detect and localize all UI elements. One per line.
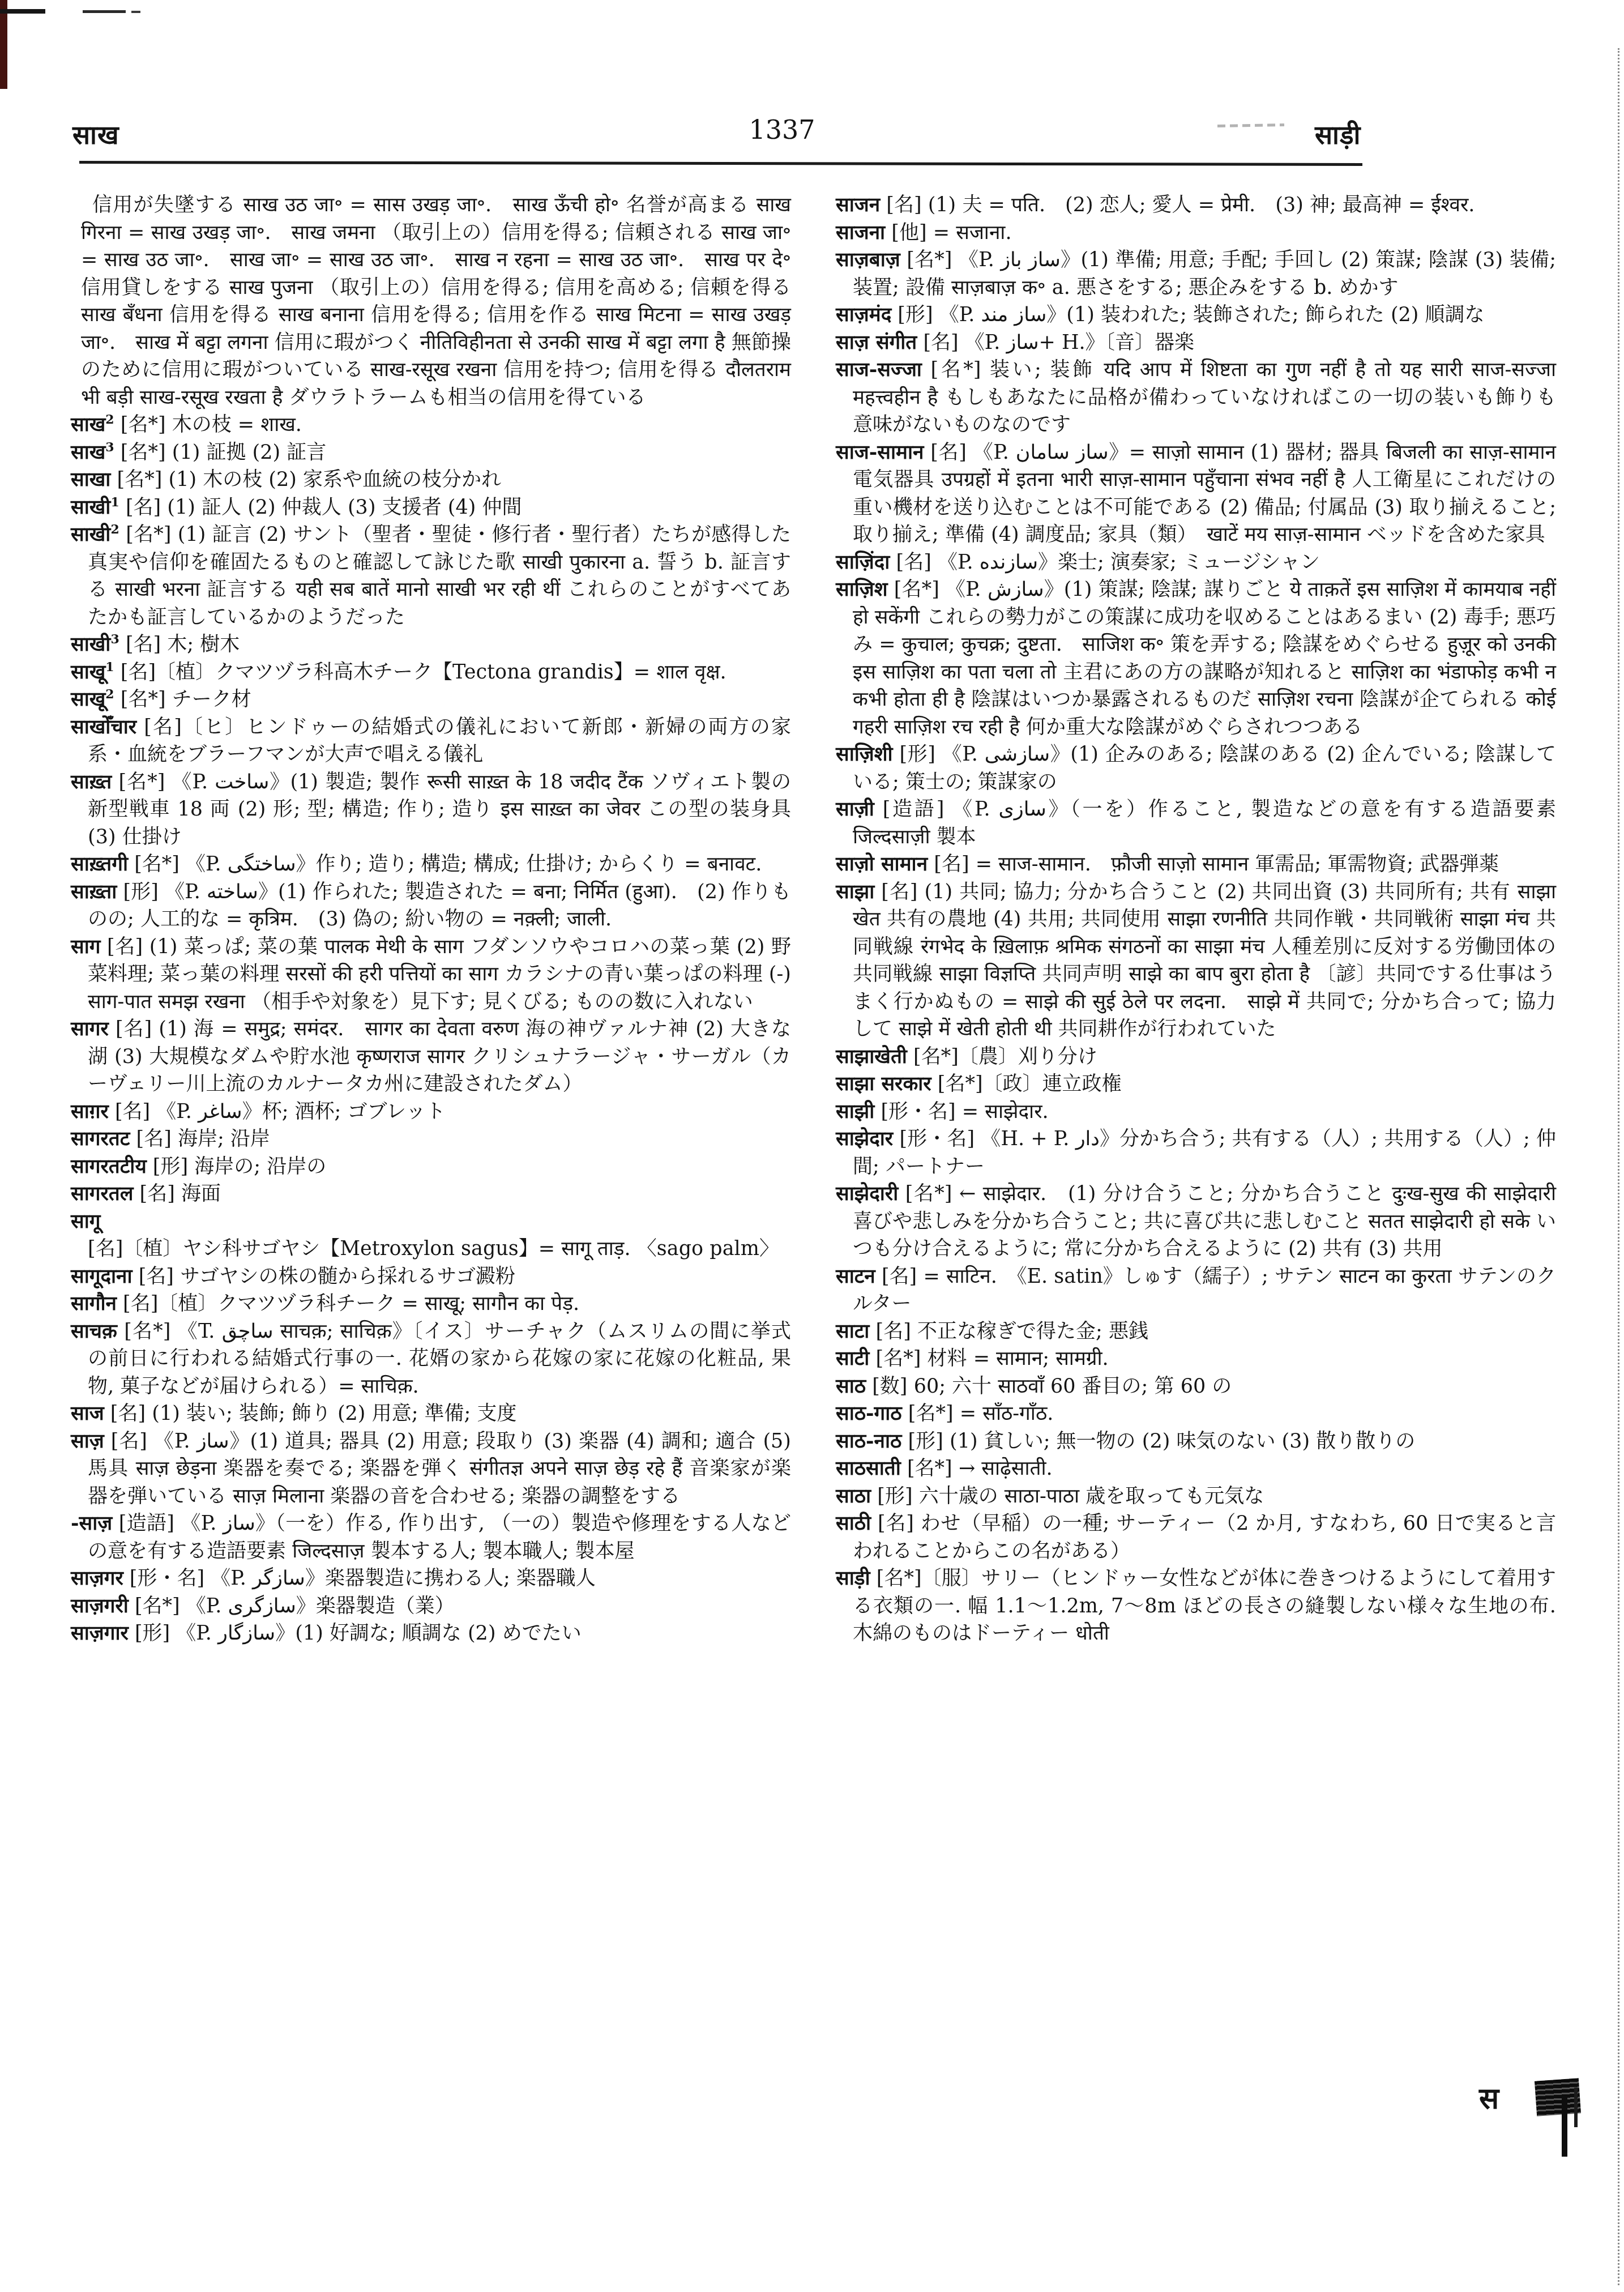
entry-body: [名*] 《P. ساختگی》作り; 造り; 構造; 構成; 仕掛け; からく… [134,853,762,876]
headword: साझाखेती [836,1045,907,1068]
headword-homonym-number: 2 [110,522,119,537]
ink-smudge-drip2 [1574,2088,1578,2127]
dictionary-entry: साझी [形・名] = साझेदार. [836,1098,1556,1126]
dictionary-entry: साठा [形] 六十歳の साठा-पाठा 歳を取っても元気な [836,1483,1556,1510]
entry-body: [名*] (1) 証言 (2) サント（聖者・聖徒・修行者・聖行者）たちが感得し… [88,523,791,629]
headword: साझेदार [836,1127,893,1150]
entry-body: [名*]〔政〕連立政権 [938,1073,1122,1095]
headword: साखू [71,660,105,684]
dictionary-entry: साज़गार [形] 《P. سازگار》(1) 好調な; 順調な (2) … [71,1620,791,1647]
header-rule [79,161,1362,166]
headword: साज़ [71,1429,104,1453]
headword: साज़िश [836,578,888,601]
entry-body: [名*] 《P. ساخت》(1) 製造; 製作 रूसी साख़्त के … [88,771,791,848]
headword: साठसाती [836,1457,901,1480]
dictionary-entry: साड़ी [名*]〔服〕サリー（ヒンドゥー女性などが体に巻きつけるようにして着… [836,1565,1556,1647]
headword-homonym-number: 1 [105,660,114,675]
entry-body: [名]〔植〕クマツヅラ科高木チーク【Tectona grandis】= शाल … [121,661,726,684]
dictionary-entry: साज़गर [形・名] 《P. سازگر》楽器製造に携わる人; 楽器職人 [71,1565,791,1593]
headword: साझेदारी [836,1182,898,1205]
scan-artifact-line [0,9,45,14]
entry-body: [数] 60; 六十 साठवाँ 60 番目の; 第 60 の [872,1375,1232,1398]
headword: साग़र [71,1100,109,1123]
headword: साखा [71,468,110,491]
entry-body: [名*] 木の枝 = शाख. [121,413,302,436]
dictionary-entry: साठ-नाठ [形] (1) 貧しい; 無一物の (2) 味気のない (3) … [836,1428,1556,1456]
headword: साठ-नाठ [836,1429,901,1453]
dictionary-entry: साख3 [名*] (1) 証拠 (2) 証言 [71,439,791,467]
entry-body: [形] 《P. ساخته》(1) 作られた; 製造された = बना; निर… [88,881,791,931]
headword: साझी [836,1100,874,1123]
headword: साज़बाज़ [836,248,900,271]
headword: साज़ो सामान [836,852,928,876]
dictionary-entry: साग़र [名] 《P. ساغر》杯; 酒杯; ゴブレット [71,1098,791,1126]
dictionary-entry: साज-सामान [名] 《P. ساز سامان》= साज़ो सामा… [836,439,1556,549]
headword: साख़्ता [71,880,117,903]
headword: सागौन [71,1292,117,1315]
dictionary-entry: साग [名] (1) 菜っぱ; 菜の葉 पालक मेथी के साग フダ… [71,933,791,1016]
headword: साज़गार [71,1621,129,1645]
dictionary-entry: साख़्तगी [名*] 《P. ساختگی》作り; 造り; 構造; 構成;… [71,851,791,878]
dictionary-entry: साठी [名] わせ（早稲）の一種; サーティー（2 か月, すなわち, 60… [836,1510,1556,1565]
headword: सागरतटीय [71,1155,147,1178]
dictionary-entry: सागर [名] (1) 海 = समुद्र; समंदर. सागर का … [71,1015,791,1098]
guide-word-right: साड़ी [1315,117,1361,152]
entry-body: [名*] 《T. ساچق साचक़; साचिक़》〔イス〕サーチャク（ムス… [88,1320,791,1398]
dictionary-entry: साख़्ता [形] 《P. ساخته》(1) 作られた; 製造された = … [71,878,791,933]
dictionary-entry: साजना [他] = सजाना. [836,219,1556,247]
headword: साचक़ [71,1320,117,1343]
entry-body: [名] (1) 証人 (2) 仲裁人 (3) 支援者 (4) 仲間 [126,496,522,519]
dictionary-entry: साझा [名] (1) 共同; 協力; 分かち合うこと (2) 共同出資 (3… [836,878,1556,1043]
entry-body: [名] 《P. ساز+ H.》〔音〕器楽 [923,331,1194,354]
headword: साज़ी [836,797,874,821]
headword: साख [71,413,105,436]
headword: साजना [836,221,885,244]
left-column: 信用が失墜する साख उठ जा॰ = सास उखड़ जा॰. साख ऊ… [71,191,791,1647]
entry-body: [名*]〔服〕サリー（ヒンドゥー女性などが体に巻きつけるようにして着用する衣類の… [853,1567,1556,1645]
entry-body: [名] = साटिन. 《E. satin》しゅす（繻子）; サテン साटन… [853,1265,1556,1316]
headword: साझा [836,880,874,903]
dictionary-entry: साठ [数] 60; 六十 साठवाँ 60 番目の; 第 60 の [836,1373,1556,1401]
headword: साज़गर [71,1567,123,1590]
page-number: 1337 [745,114,819,145]
headword: साखी [71,633,110,656]
dictionary-entry: सागूदाना [名] サゴヤシの株の髄から採れるサゴ澱粉 [71,1263,791,1291]
entry-body: [名] = साज-सामान. फ़ौजी साज़ो सामान 軍需品; … [934,853,1499,876]
dictionary-entry: साज-सज्जा [名*] 装い; 装飾 यदि आप में शिष्टता… [836,356,1556,439]
dictionary-entry: साज़ [名] 《P. ساز》(1) 道具; 器具 (2) 用意; 段取り … [71,1428,791,1510]
dictionary-entry: साज़मंद [形] 《P. ساز مند》(1) 装われた; 装飾された;… [836,301,1556,329]
dictionary-entry: साझेदारी [名*] ← साझेदार. (1) 分け合うこと; 分かち… [836,1180,1556,1263]
dictionary-entry: सागौन [名]〔植〕クマツヅラ科チーク = साखू; सागौन का प… [71,1290,791,1318]
dictionary-entry: साज [名] (1) 装い; 装飾; 飾り (2) 用意; 準備; 支度 [71,1400,791,1428]
dictionary-entry: साझेदार [形・名] 《H. + P. دار》分かち合う; 共有する（人… [836,1125,1556,1180]
entry-body: [造語] 《P. ساز》（一を）作る, 作り出す, （一の）製造や修理をする人… [88,1512,791,1563]
dictionary-entry: साझाखेती [名*]〔農〕刈り分け [836,1043,1556,1071]
ink-smudge-drip [1562,2095,1567,2157]
dictionary-entry: सागरतट [名] 海岸; 沿岸 [71,1125,791,1153]
entry-body: [形] 六十歳の साठा-पाठा 歳を取っても元気な [877,1485,1264,1508]
headword: साज़िंदा [836,550,890,574]
entry-body: [名*] 《P. سازگری》楽器製造（業） [135,1595,455,1617]
entry-body: [名] 《P. ساز》(1) 道具; 器具 (2) 用意; 段取り (3) 楽… [88,1430,791,1508]
headword-homonym-number: 2 [105,687,114,702]
entry-body: [名] 海面 [140,1183,221,1205]
headword: साग [71,935,100,958]
headword: साटा [836,1320,869,1343]
entry-body: [名] (1) 共同; 協力; 分かち合うこと (2) 共同出資 (3) 共同所… [853,881,1556,1041]
headword: साटन [836,1265,875,1288]
scan-artifact-dot [131,11,140,13]
entry-body: [名]〔植〕ヤシ科サゴヤシ【Metroxylon sagus】= सागू ता… [88,1237,779,1260]
headword: साठा [836,1484,871,1508]
dictionary-entry: साखा [名*] (1) 木の枝 (2) 家系や血統の枝分かれ [71,466,791,494]
entry-body: [名*]〔農〕刈り分け [913,1045,1097,1068]
headword: सागू [71,1210,100,1233]
entry-body: 信用が失墜する साख उठ जा॰ = सास उखड़ जा॰. साख ऊ… [81,194,791,409]
entry-body: [名] 不正な稼ぎで得た金; 悪銭 [876,1320,1148,1343]
entry-body: [名]〔ヒ〕ヒンドゥーの結婚式の儀礼において新郎・新婦の両方の家系・血統をブラー… [88,716,791,766]
entry-body: [名*] ← साझेदार. (1) 分け合うこと; 分かち合うこと दुःख… [853,1183,1556,1260]
entry-body: [名*] (1) 証拠 (2) 証言 [121,441,326,464]
entry-body: [名] (1) 夫 = पति. (2) 恋人; 愛人 = प्रेमी. (3… [886,194,1475,216]
entry-body: [名] わせ（早稲）の一種; サーティー（2 か月, すなわち, 60 日で実る… [853,1512,1556,1563]
entry-body: [名*] 装い; 装飾 यदि आप में शिष्टता का गुण नह… [853,358,1556,436]
entry-body: [形・名] 《P. سازگر》楽器製造に携わる人; 楽器職人 [130,1567,596,1590]
dictionary-entry: साटी [名*] 材料 = सामान; सामग्री. [836,1345,1556,1373]
headword: साज-सज्जा [836,358,922,381]
entry-body: [名*] = साँठ-गाँठ. [908,1402,1054,1425]
dictionary-entry: सागरतल [名] 海面 [71,1180,791,1208]
dictionary-entry: साटा [名] 不正な稼ぎで得た金; 悪銭 [836,1318,1556,1346]
entry-body: [名*] 《P. سازش》(1) 策謀; 陰謀; 謀りごと ये ताक़ते… [853,578,1556,739]
entry-body: [名] 《P. ساز سامان》= साज़ो सामान (1) 器材; … [853,441,1556,547]
dictionary-entry: साज़ संगीत [名] 《P. ساز+ H.》〔音〕器楽 [836,329,1556,357]
dictionary-entry: साखी3 [名] 木; 樹木 [71,631,791,659]
headword: साखोँचार [71,715,136,739]
headword-homonym-number: 3 [105,440,114,455]
dictionary-entry: साजन [名] (1) 夫 = पति. (2) 恋人; 愛人 = प्रेम… [836,191,1556,219]
entry-body: [名*] 材料 = सामान; सामग्री. [876,1347,1109,1370]
headword: साज़मंद [836,303,891,326]
dictionary-entry: साटन [名] = साटिन. 《E. satin》しゅす（繻子）; サテン… [836,1263,1556,1318]
dictionary-entry: साखू2 [名*] チーク材 [71,686,791,714]
entry-body: [造語] 《P. سازی》（一を）作ること, 製造などの意を有する造語要素 ज… [853,798,1556,848]
entry-body: [形] 《P. سازگار》(1) 好調な; 順調な (2) めでたい [135,1622,582,1645]
headword-homonym-number: 1 [110,495,119,510]
headword: सागूदाना [71,1265,133,1288]
headword: साठ-गाठ [836,1402,902,1425]
entry-body: [形] 海岸の; 沿岸の [153,1155,326,1178]
headword: -साज़ [71,1512,112,1535]
dictionary-entry: साझा सरकार [名*]〔政〕連立政権 [836,1070,1556,1098]
dictionary-entry: साज़गरी [名*] 《P. سازگری》楽器製造（業） [71,1593,791,1620]
entry-body: [形・名] 《H. + P. دار》分かち合う; 共有する（人）; 共用する（… [853,1128,1556,1178]
dictionary-entry: साज़िंदा [名] 《P. سازنده》楽士; 演奏家; ミュージシャン [836,549,1556,577]
entry-body: [名] 海岸; 沿岸 [136,1128,270,1150]
thumb-index-letter: स [1479,2077,1499,2118]
entry-body: [他] = सजाना. [891,221,1011,244]
guide-word-left: साख [72,117,119,152]
headword: साख़्तगी [71,852,128,876]
dictionary-entry: साज़िश [名*] 《P. سازش》(1) 策謀; 陰謀; 謀りごと ये… [836,576,1556,741]
headword: सागरतल [71,1182,133,1205]
headword: साज [71,1402,104,1425]
headword: साखू [71,688,105,711]
headword: साज-सामान [836,441,924,464]
headword: सागर [71,1017,109,1040]
dictionary-page: साख 1337 साड़ी 信用が失墜する साख उठ जा॰ = सास … [0,0,1624,2292]
dictionary-entry: साज़ो सामान [名] = साज-सामान. फ़ौजी साज़ो… [836,851,1556,878]
entry-body: [名] (1) 装い; 装飾; 飾り (2) 用意; 準備; 支度 [110,1402,517,1425]
entry-body: [名] (1) 海 = समुद्र; समंदर. सागर का देवता… [88,1018,791,1095]
entry-body: [名] (1) 菜っぱ; 菜の葉 पालक मेथी के साग フダンソウや… [88,936,791,1013]
entry-body: [形] (1) 貧しい; 無一物の (2) 味気のない (3) 散り散りの [908,1430,1416,1453]
headword: साज़िशी [836,742,893,766]
dictionary-entry: साज़बाज़ [名*] 《P. ساز باز》(1) 準備; 用意; 手配… [836,246,1556,301]
dictionary-entry: साज़ी [造語] 《P. سازی》（一を）作ること, 製造などの意を有する… [836,796,1556,851]
entry-body: [形] 《P. سازشی》(1) 企みのある; 陰謀のある (2) 企んでいる… [853,743,1556,793]
dictionary-entry: सागू [名]〔植〕ヤシ科サゴヤシ【Metroxylon sagus】= सा… [71,1208,791,1263]
dictionary-entry: साज़िशी [形] 《P. سازشی》(1) 企みのある; 陰謀のある (… [836,741,1556,796]
entry-body: [名*] → साढ़ेसाती. [907,1457,1053,1480]
headword: साटी [836,1347,869,1370]
right-column: साजन [名] (1) 夫 = पति. (2) 恋人; 愛人 = प्रेम… [836,191,1556,1647]
headword: साठ [836,1375,866,1398]
entry-body: [名*] (1) 木の枝 (2) 家系や血統の枝分かれ [117,468,501,491]
dictionary-entry: साचक़ [名*] 《T. ساچق साचक़; साचिक़》〔イス〕サー… [71,1318,791,1401]
headword: साड़ी [836,1567,870,1590]
dictionary-entry: साख़्त [名*] 《P. ساخت》(1) 製造; 製作 रूसी साख… [71,769,791,851]
headword-homonym-number: 3 [110,632,119,647]
dictionary-entry: साठ-गाठ [名*] = साँठ-गाँठ. [836,1400,1556,1428]
dictionary-entry: साखी2 [名*] (1) 証言 (2) サント（聖者・聖徒・修行者・聖行者）… [71,521,791,631]
entry-body: [名*] チーク材 [121,688,251,711]
headword: साख [71,441,105,464]
page-edge-line [1618,48,1619,2285]
headword: सागरतट [71,1127,130,1150]
entry-body: [名] サゴヤシの株の髄から採れるサゴ澱粉 [139,1265,515,1288]
dictionary-entry: साठसाती [名*] → साढ़ेसाती. [836,1455,1556,1483]
dictionary-entry: साखोँचार [名]〔ヒ〕ヒンドゥーの結婚式の儀礼において新郎・新婦の両方の… [71,714,791,769]
headword: साझा सरकार [836,1072,931,1095]
headword: साज़ संगीत [836,331,917,354]
pencil-mark [1217,123,1284,127]
dictionary-entry: साखू1 [名]〔植〕クマツヅラ科高木チーク【Tectona grandis】… [71,659,791,686]
dictionary-entry: सागरतटीय [形] 海岸の; 沿岸の [71,1153,791,1181]
headword: साठी [836,1512,871,1535]
headword: साजन [836,193,880,216]
headword-homonym-number: 2 [105,412,114,427]
entry-body: [形・名] = साझेदार. [881,1100,1048,1123]
headword: साख़्त [71,770,112,793]
headword: साखी [71,523,110,546]
entry-body: [形] 《P. ساز مند》(1) 装われた; 装飾された; 飾られた (2… [898,304,1484,326]
entry-body: [名] 《P. ساغر》杯; 酒杯; ゴブレット [115,1100,446,1123]
entry-body: [名]〔植〕クマツヅラ科チーク = साखू; सागौन का पेड़. [123,1292,579,1315]
dictionary-entry: साख2 [名*] 木の枝 = शाख. [71,411,791,439]
entry-continuation: 信用が失墜する साख उठ जा॰ = सास उखड़ जा॰. साख ऊ… [81,191,791,411]
entry-body: [名] 木; 樹木 [126,633,240,656]
dictionary-entry: -साज़ [造語] 《P. ساز》（一を）作る, 作り出す, （一の）製造や… [71,1510,791,1565]
headword: साज़गरी [71,1594,129,1617]
entry-body: [名*] 《P. ساز باز》(1) 準備; 用意; 手配; 手回し (2)… [853,249,1556,299]
entry-body: [名] 《P. سازنده》楽士; 演奏家; ミュージシャン [896,551,1320,574]
headword: साखी [71,496,110,519]
scan-artifact-dash [83,10,126,13]
dictionary-entry: साखी1 [名] (1) 証人 (2) 仲裁人 (3) 支援者 (4) 仲間 [71,494,791,522]
